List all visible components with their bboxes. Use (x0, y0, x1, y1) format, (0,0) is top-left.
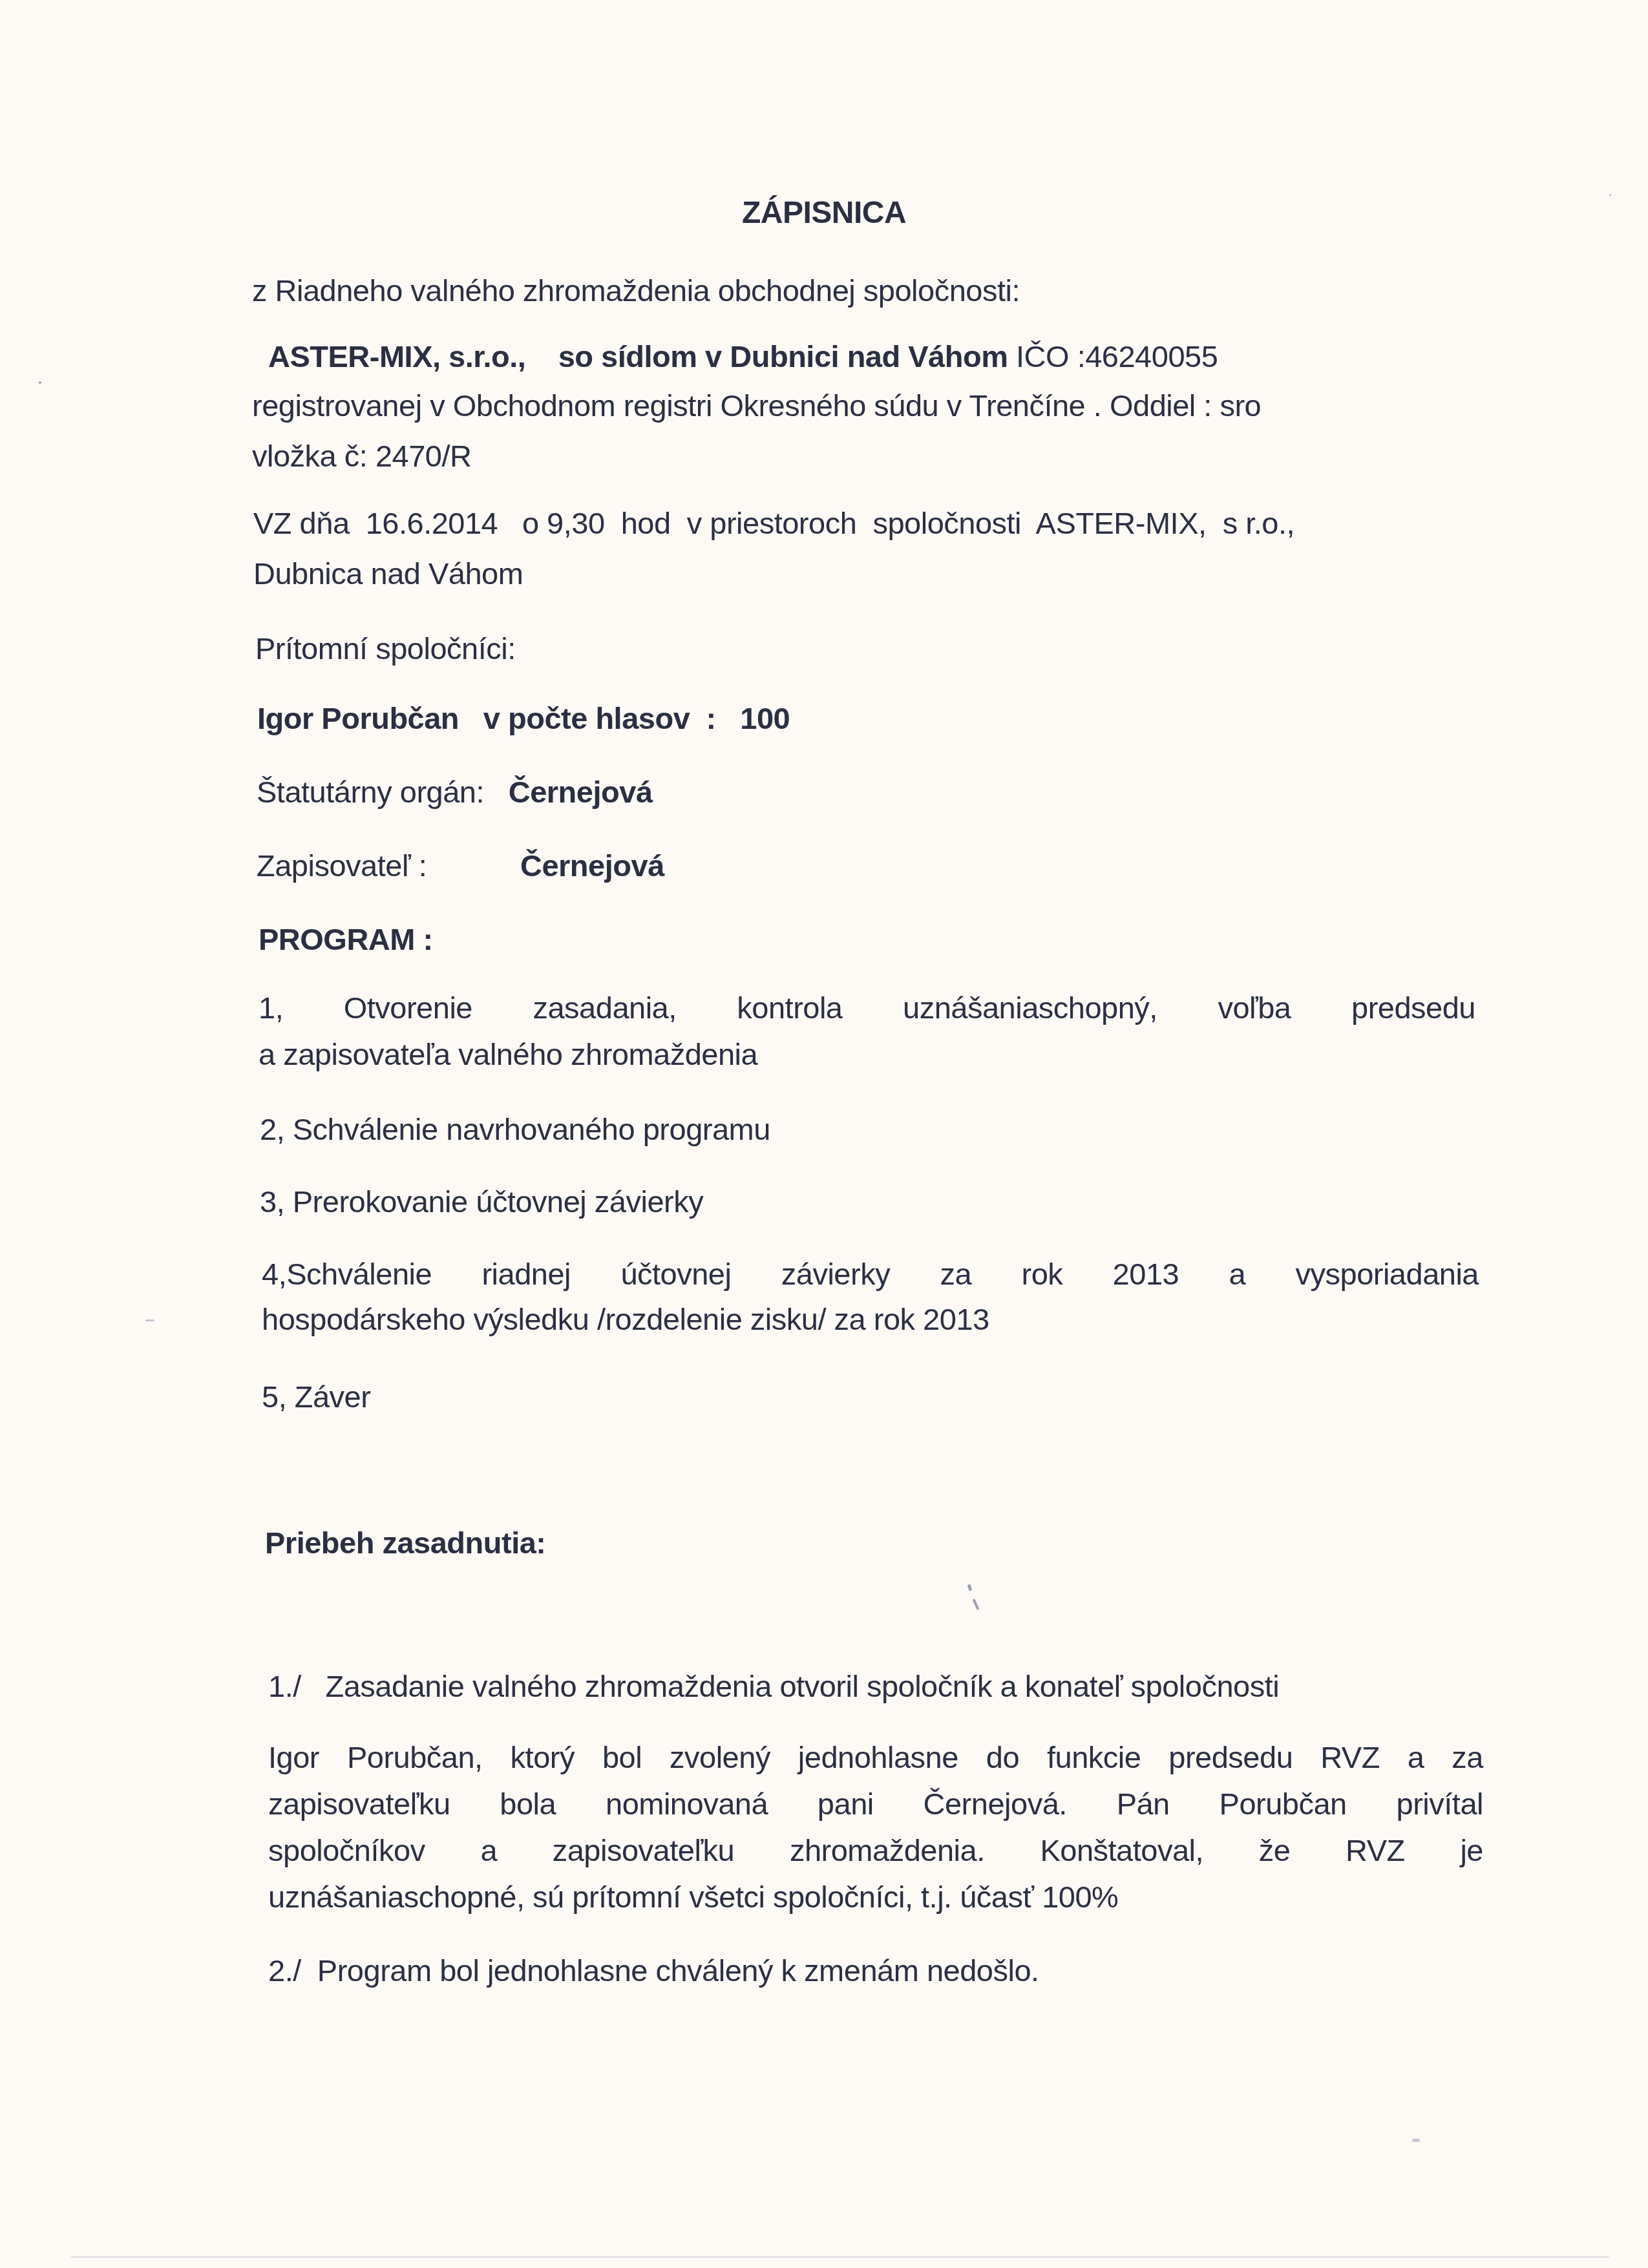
program-item-3: 3, Prerokovanie účtovnej závierky (260, 1182, 703, 1221)
program-item-4-line-1: 4,Schválenie riadnej účtovnej závierky z… (262, 1255, 1479, 1294)
statutory-line: Štatutárny orgán: Černejová (257, 773, 653, 812)
insert-line: vložka č: 2470/R (252, 437, 471, 476)
proceedings-item-1-para-4: uznášaniaschopné, sú prítomní všetci spo… (268, 1878, 1118, 1916)
program-item-1-line-2: a zapisovateľa valného zhromaždenia (259, 1035, 757, 1074)
program-item-2: 2, Schválenie navrhovaného programu (260, 1110, 770, 1149)
scan-speck (967, 1584, 972, 1591)
member-votes-label: v počte hlasov : (483, 701, 716, 735)
present-label: Prítomní spoločníci: (255, 629, 516, 668)
meeting-line-1: VZ dňa 16.6.2014 o 9,30 hod v priestoroc… (253, 504, 1294, 543)
program-item-5: 5, Záver (262, 1378, 370, 1416)
member-votes: 100 (740, 701, 790, 735)
proceedings-item-1-para-2: zapisovateľku bola nominovaná pani Černe… (268, 1785, 1483, 1823)
scan-speck (972, 1599, 979, 1610)
member-line: Igor Porubčan v počte hlasov : 100 (257, 699, 790, 738)
scan-speck (145, 1319, 154, 1321)
program-item-1-line-1: 1, Otvorenie zasadania, kontrola uznášan… (259, 989, 1475, 1027)
program-heading: PROGRAM : (259, 920, 433, 959)
scan-speck (1412, 2139, 1420, 2142)
scan-speck (1609, 194, 1611, 196)
proceedings-item-1-para-3: spoločníkov a zapisovateľku zhromaždenia… (268, 1831, 1483, 1870)
document-title: ZÁPISNICA (0, 194, 1648, 233)
recorder-label: Zapisovateľ : (257, 848, 427, 883)
registration-line: registrovanej v Obchodnom registri Okres… (252, 386, 1261, 425)
company-ico: IČO :46240055 (1016, 339, 1218, 373)
proceedings-item-2-line: 2./ Program bol jednohlasne chválený k z… (268, 1951, 1039, 1990)
recorder-value: Černejová (520, 846, 664, 885)
scan-bottom-edge (71, 2256, 1609, 2258)
proceedings-item-1-line: 1./ Zasadanie valného zhromaždenia otvor… (268, 1667, 1279, 1706)
program-item-4-line-2: hospodárskeho výsledku /rozdelenie zisku… (262, 1300, 989, 1339)
meeting-line-2: Dubnica nad Váhom (253, 554, 523, 593)
intro-line: z Riadneho valného zhromaždenia obchodne… (252, 271, 1020, 310)
company-seat: so sídlom v Dubnici nad Váhom (558, 339, 1008, 373)
statutory-label: Štatutárny orgán: (257, 775, 484, 809)
proceedings-heading: Priebeh zasadnutia: (265, 1524, 546, 1562)
company-name: ASTER-MIX, s.r.o., (268, 339, 525, 373)
document-page: ZÁPISNICA z Riadneho valného zhromaždeni… (0, 0, 1648, 2268)
member-name: Igor Porubčan (257, 701, 459, 735)
statutory-value: Černejová (509, 775, 653, 809)
company-line: ASTER-MIX, s.r.o., so sídlom v Dubnici n… (268, 337, 1218, 376)
scan-speck (39, 381, 41, 384)
proceedings-item-1-para-1: Igor Porubčan, ktorý bol zvolený jednohl… (268, 1738, 1483, 1777)
recorder-line: Zapisovateľ :Černejová (257, 846, 427, 885)
